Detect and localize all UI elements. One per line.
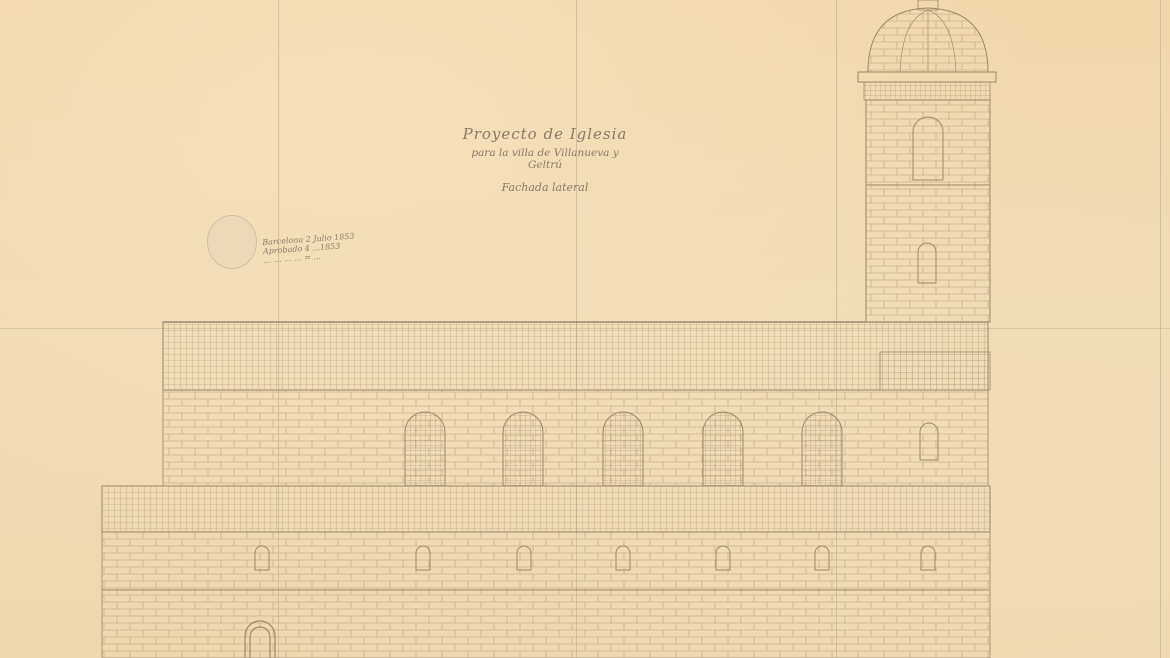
drawing-subtitle: para la villa de Villanueva y Geltrú	[455, 147, 635, 171]
title-block: Proyecto de Iglesia para la villa de Vil…	[455, 125, 635, 194]
roof-band	[163, 322, 988, 390]
balustrade-gallery	[102, 486, 990, 532]
drawing-view-label: Fachada lateral	[455, 181, 635, 194]
drawing-title: Proyecto de Iglesia	[455, 125, 635, 143]
lower-wall	[102, 532, 990, 658]
bell-tower	[858, 0, 996, 322]
tower-side-balustrade	[880, 352, 990, 390]
elevation-drawing	[0, 0, 1170, 658]
upper-wall	[163, 390, 988, 486]
seal-stamp	[207, 215, 257, 269]
